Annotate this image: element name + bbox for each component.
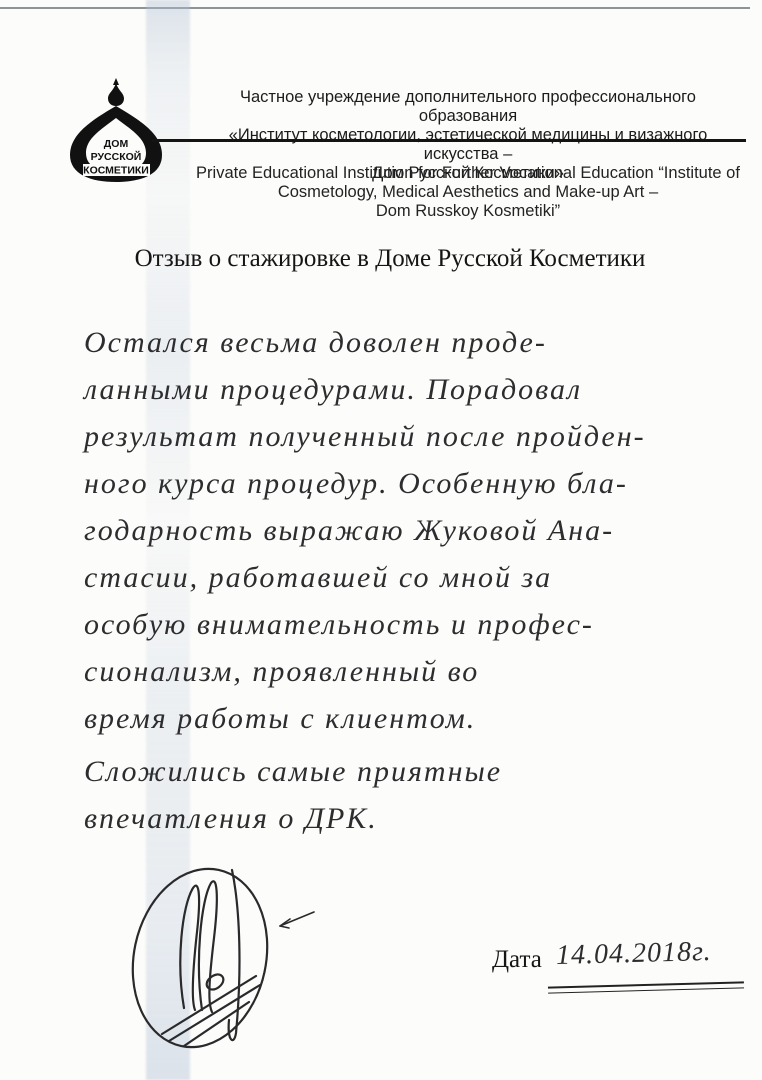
- scan-edge-line: [0, 7, 750, 9]
- date-underline: [548, 981, 744, 993]
- review-line: результат полученный после пройден-: [84, 420, 724, 467]
- signature-loop-1: [180, 886, 199, 1010]
- review-line: ного курса процедур. Особенную бла-: [84, 467, 724, 514]
- logo-finial-bulb: [108, 83, 124, 106]
- header-en-line2: Cosmetology, Medical Aesthetics and Make…: [190, 183, 746, 202]
- date-label: Дата: [492, 946, 542, 974]
- header-en-line1: Private Educational Institution for Furt…: [190, 164, 746, 183]
- review-line: Остался весьма доволен проде-: [84, 326, 724, 373]
- header-en-line3: Dom Russkoy Kosmetiki”: [190, 202, 746, 221]
- signature-loop-2: [199, 881, 217, 1012]
- header-divider-rule: [152, 139, 746, 142]
- header-ru-line1: Частное учреждение дополнительного профе…: [190, 88, 746, 126]
- handwritten-review: Остался весьма доволен проде- ланными пр…: [84, 326, 724, 849]
- review-line: время работы с клиентом.: [84, 702, 724, 749]
- review-line: сионализм, проявленный во: [84, 655, 724, 702]
- dom-russkoy-kosmetiki-logo: ДОМ РУССКОЙ КОСМЕТИКИ: [52, 76, 186, 210]
- signature-outer-loop: [128, 856, 283, 1055]
- logo-text-line3: КОСМЕТИКИ: [83, 165, 149, 177]
- institution-header-en: Private Educational Institution for Furt…: [190, 164, 746, 221]
- review-line: впечатления о ДРК.: [84, 802, 724, 849]
- date-handwritten-value: 14.04.2018г.: [556, 936, 712, 972]
- review-line: ланными процедурами. Порадовал: [84, 373, 724, 420]
- document-title: Отзыв о стажировке в Доме Русской Космет…: [40, 245, 740, 273]
- annotation-arrow-icon: [280, 912, 314, 928]
- review-line: годарность выражаю Жуковой Ана-: [84, 514, 724, 561]
- header-ru-line2: «Институт косметологии, эстетической мед…: [190, 126, 746, 164]
- signature-scribble: [128, 850, 318, 1055]
- review-line: Сложились самые приятные: [84, 755, 724, 802]
- review-line: стасии, работавшей со мной за: [84, 561, 724, 608]
- scanned-document-page: ДОМ РУССКОЙ КОСМЕТИКИ Частное учреждение…: [0, 0, 762, 1080]
- logo-text-line1: ДОМ: [104, 138, 129, 150]
- logo-text-line2: РУССКОЙ: [91, 150, 142, 163]
- review-line: особую внимательность и профес-: [84, 608, 724, 655]
